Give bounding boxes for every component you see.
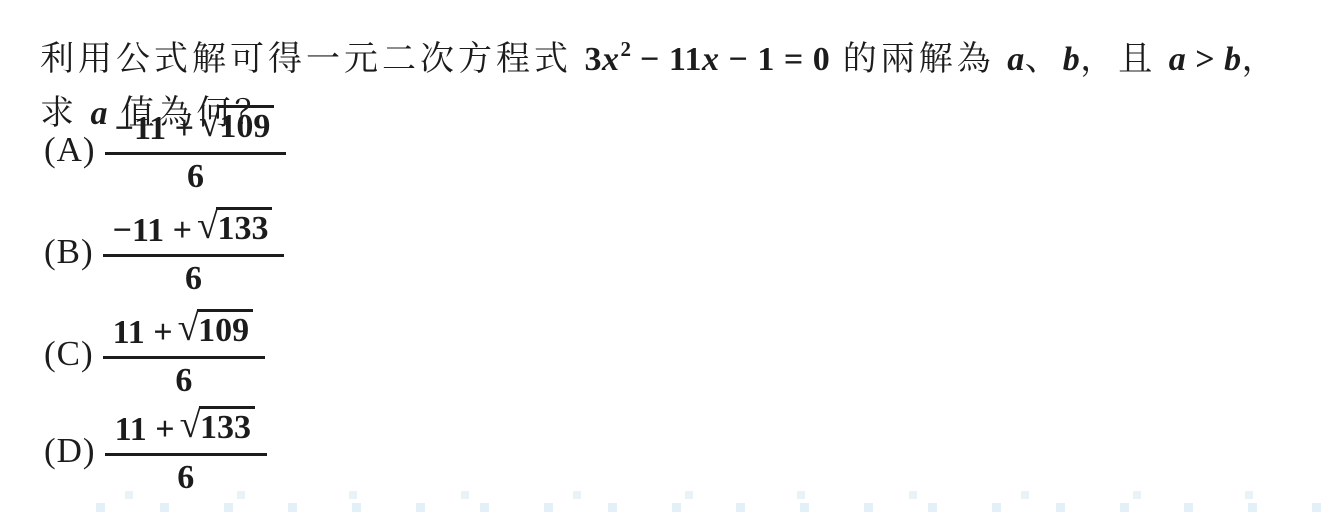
equation-tail: − 1 = 0 [720,41,831,78]
variable-b-2: b [1224,41,1242,78]
option-d: (D) 11 + √133 6 [44,405,267,496]
option-b: (B) −11 + √133 6 [44,206,284,297]
option-b-label: (B) [44,232,94,272]
option-a-fraction: −11 + √109 6 [105,104,287,195]
enumeration-mark: 、 [1025,41,1063,78]
fraction-numerator: −11 + √109 [105,104,287,155]
option-c-label: (C) [44,334,94,374]
option-b-fraction: −11 + √133 6 [103,206,285,297]
numerator-prefix: 11 + [113,314,173,351]
numerator-prefix: 11 + [115,411,175,448]
equation-middle-term: − 11 [631,41,702,78]
faint-dotted-artifact-row-upper [125,491,1326,499]
question-stem-text: 利用公式解可得一元二次方程式 [40,41,585,78]
equation-exponent: 2 [621,37,632,61]
variable-b: b [1063,41,1081,78]
radicand: 133 [216,207,272,248]
equation-variable-x: x [602,41,620,78]
option-a: (A) −11 + √109 6 [44,104,286,195]
trailing-comma: ， [1242,41,1280,78]
radicand: 133 [199,406,255,447]
fraction-numerator: 11 + √109 [103,308,265,359]
square-root: √133 [197,209,272,250]
greater-than-sign: > [1186,41,1224,78]
variable-a: a [1007,41,1025,78]
question-middle-text: 的兩解為 [830,41,1007,78]
radical-sign-icon: √ [197,206,218,247]
radical-sign-icon: √ [178,308,199,349]
equation-variable-x2: x [702,41,720,78]
square-root: √109 [178,311,253,352]
square-root: √133 [180,408,255,449]
option-d-fraction: 11 + √133 6 [105,405,267,496]
fraction-denominator: 6 [187,155,204,195]
fraction-denominator: 6 [175,359,192,399]
question-line-1: 利用公式解可得一元二次方程式 3x2 − 11x − 1 = 0 的兩解為 a、… [40,38,1280,82]
fraction-denominator: 6 [185,257,202,297]
comma-and-text: ，且 [1080,41,1169,78]
fraction-numerator: 11 + √133 [105,405,267,456]
radicand: 109 [218,105,274,146]
equation-coefficient: 3 [585,41,603,78]
fraction-numerator: −11 + √133 [103,206,285,257]
variable-a-2: a [1169,41,1187,78]
option-d-label: (D) [44,431,96,471]
faint-dotted-artifact-row-lower [96,503,1330,512]
numerator-prefix: −11 + [115,110,194,147]
option-a-label: (A) [44,130,96,170]
numerator-prefix: −11 + [113,212,192,249]
square-root: √109 [199,107,274,148]
radicand: 109 [197,309,253,350]
radical-sign-icon: √ [180,405,201,446]
radical-sign-icon: √ [199,104,220,145]
option-c: (C) 11 + √109 6 [44,308,265,399]
question-page: 利用公式解可得一元二次方程式 3x2 − 11x − 1 = 0 的兩解為 a、… [0,0,1338,517]
option-c-fraction: 11 + √109 6 [103,308,265,399]
